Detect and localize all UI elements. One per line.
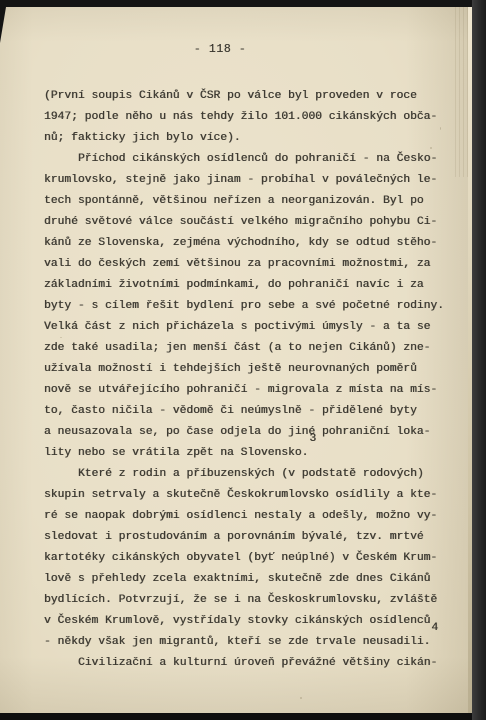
text-line: kánů ze Slovenska, zejména východního, k…: [44, 233, 464, 254]
text-line: nově se utvářejícího pohraničí - migrova…: [44, 380, 464, 401]
text-line: to, často ničila - vědomě či neúmyslně -…: [44, 401, 464, 422]
scanned-document-photo: - 118 - (První soupis Cikánů v ČSR po vá…: [0, 0, 486, 720]
text-line: lity nebo se vrátila zpět na Slovensko.3: [44, 443, 464, 464]
text-line: sledovat i prostudováním a porovnáním bý…: [44, 527, 464, 548]
text-line: druhé světové válce součástí velkého mig…: [44, 212, 464, 233]
text-line: Které z rodin a příbuzenských (v podstat…: [44, 464, 464, 485]
paper-speck: [300, 697, 302, 699]
document-page: - 118 - (První soupis Cikánů v ČSR po vá…: [0, 7, 472, 713]
text-line: skupin setrvaly a skutečně Českokrumlovs…: [44, 485, 464, 506]
photo-edge-top: [0, 0, 486, 7]
text-line: (První soupis Cikánů v ČSR po válce byl …: [44, 86, 464, 107]
paper-speck: [60, 337, 62, 338]
text-line: Příchod cikánských osídlenců do pohranič…: [44, 149, 464, 170]
text-line: Civilizační a kulturní úroveň převážné v…: [44, 653, 464, 674]
footnote-ref: 4: [431, 622, 438, 634]
text-line: kartotéky cikánských obyvatel (byť neúpl…: [44, 548, 464, 569]
paper-speck: [430, 147, 432, 149]
text-line: byty - s cílem řešit bydlení pro sebe a …: [44, 296, 464, 317]
text-line: a neusazovala se, po čase odjela do jiné…: [44, 422, 464, 443]
text-line: lově s přehledy zcela exaktními, skutečn…: [44, 569, 464, 590]
text-line: zde také usadila; jen menší část (a to n…: [44, 338, 464, 359]
paper-speck: [440, 127, 441, 130]
text-line: bydlících. Potvrzují, že se i na Českosk…: [44, 590, 464, 611]
footnote-ref: 3: [309, 433, 316, 445]
text-line: základními životními podmínkami, do pohr…: [44, 275, 464, 296]
book-page-stack-edge: [452, 7, 468, 177]
text-line: v Českém Krumlově, vystřídaly stovky cik…: [44, 611, 464, 632]
text-line: krumlovsko, stejně jako jinam - probíhal…: [44, 170, 464, 191]
text-line: užívala možností i tehdejších ještě neur…: [44, 359, 464, 380]
text-line: tech spontánně, většinou neřízen a neorg…: [44, 191, 464, 212]
text-line: nů; fakticky jich bylo více).: [44, 128, 464, 149]
text-line: - někdy však jen migrantů, kteří se zde …: [44, 632, 464, 653]
text-line: Velká část z nich přicházela s poctivými…: [44, 317, 464, 338]
photo-edge-bottom: [0, 713, 486, 720]
text-line: 1947; podle něho u nás tehdy žilo 101.00…: [44, 107, 464, 128]
text-line: vali do českých zemí většinou za pracovn…: [44, 254, 464, 275]
text-line: ré se naopak dobrými osídlenci nestaly a…: [44, 506, 464, 527]
page-number: - 118 -: [0, 43, 456, 56]
photo-edge-right: [472, 0, 486, 720]
page-text: (První soupis Cikánů v ČSR po válce byl …: [44, 86, 464, 674]
